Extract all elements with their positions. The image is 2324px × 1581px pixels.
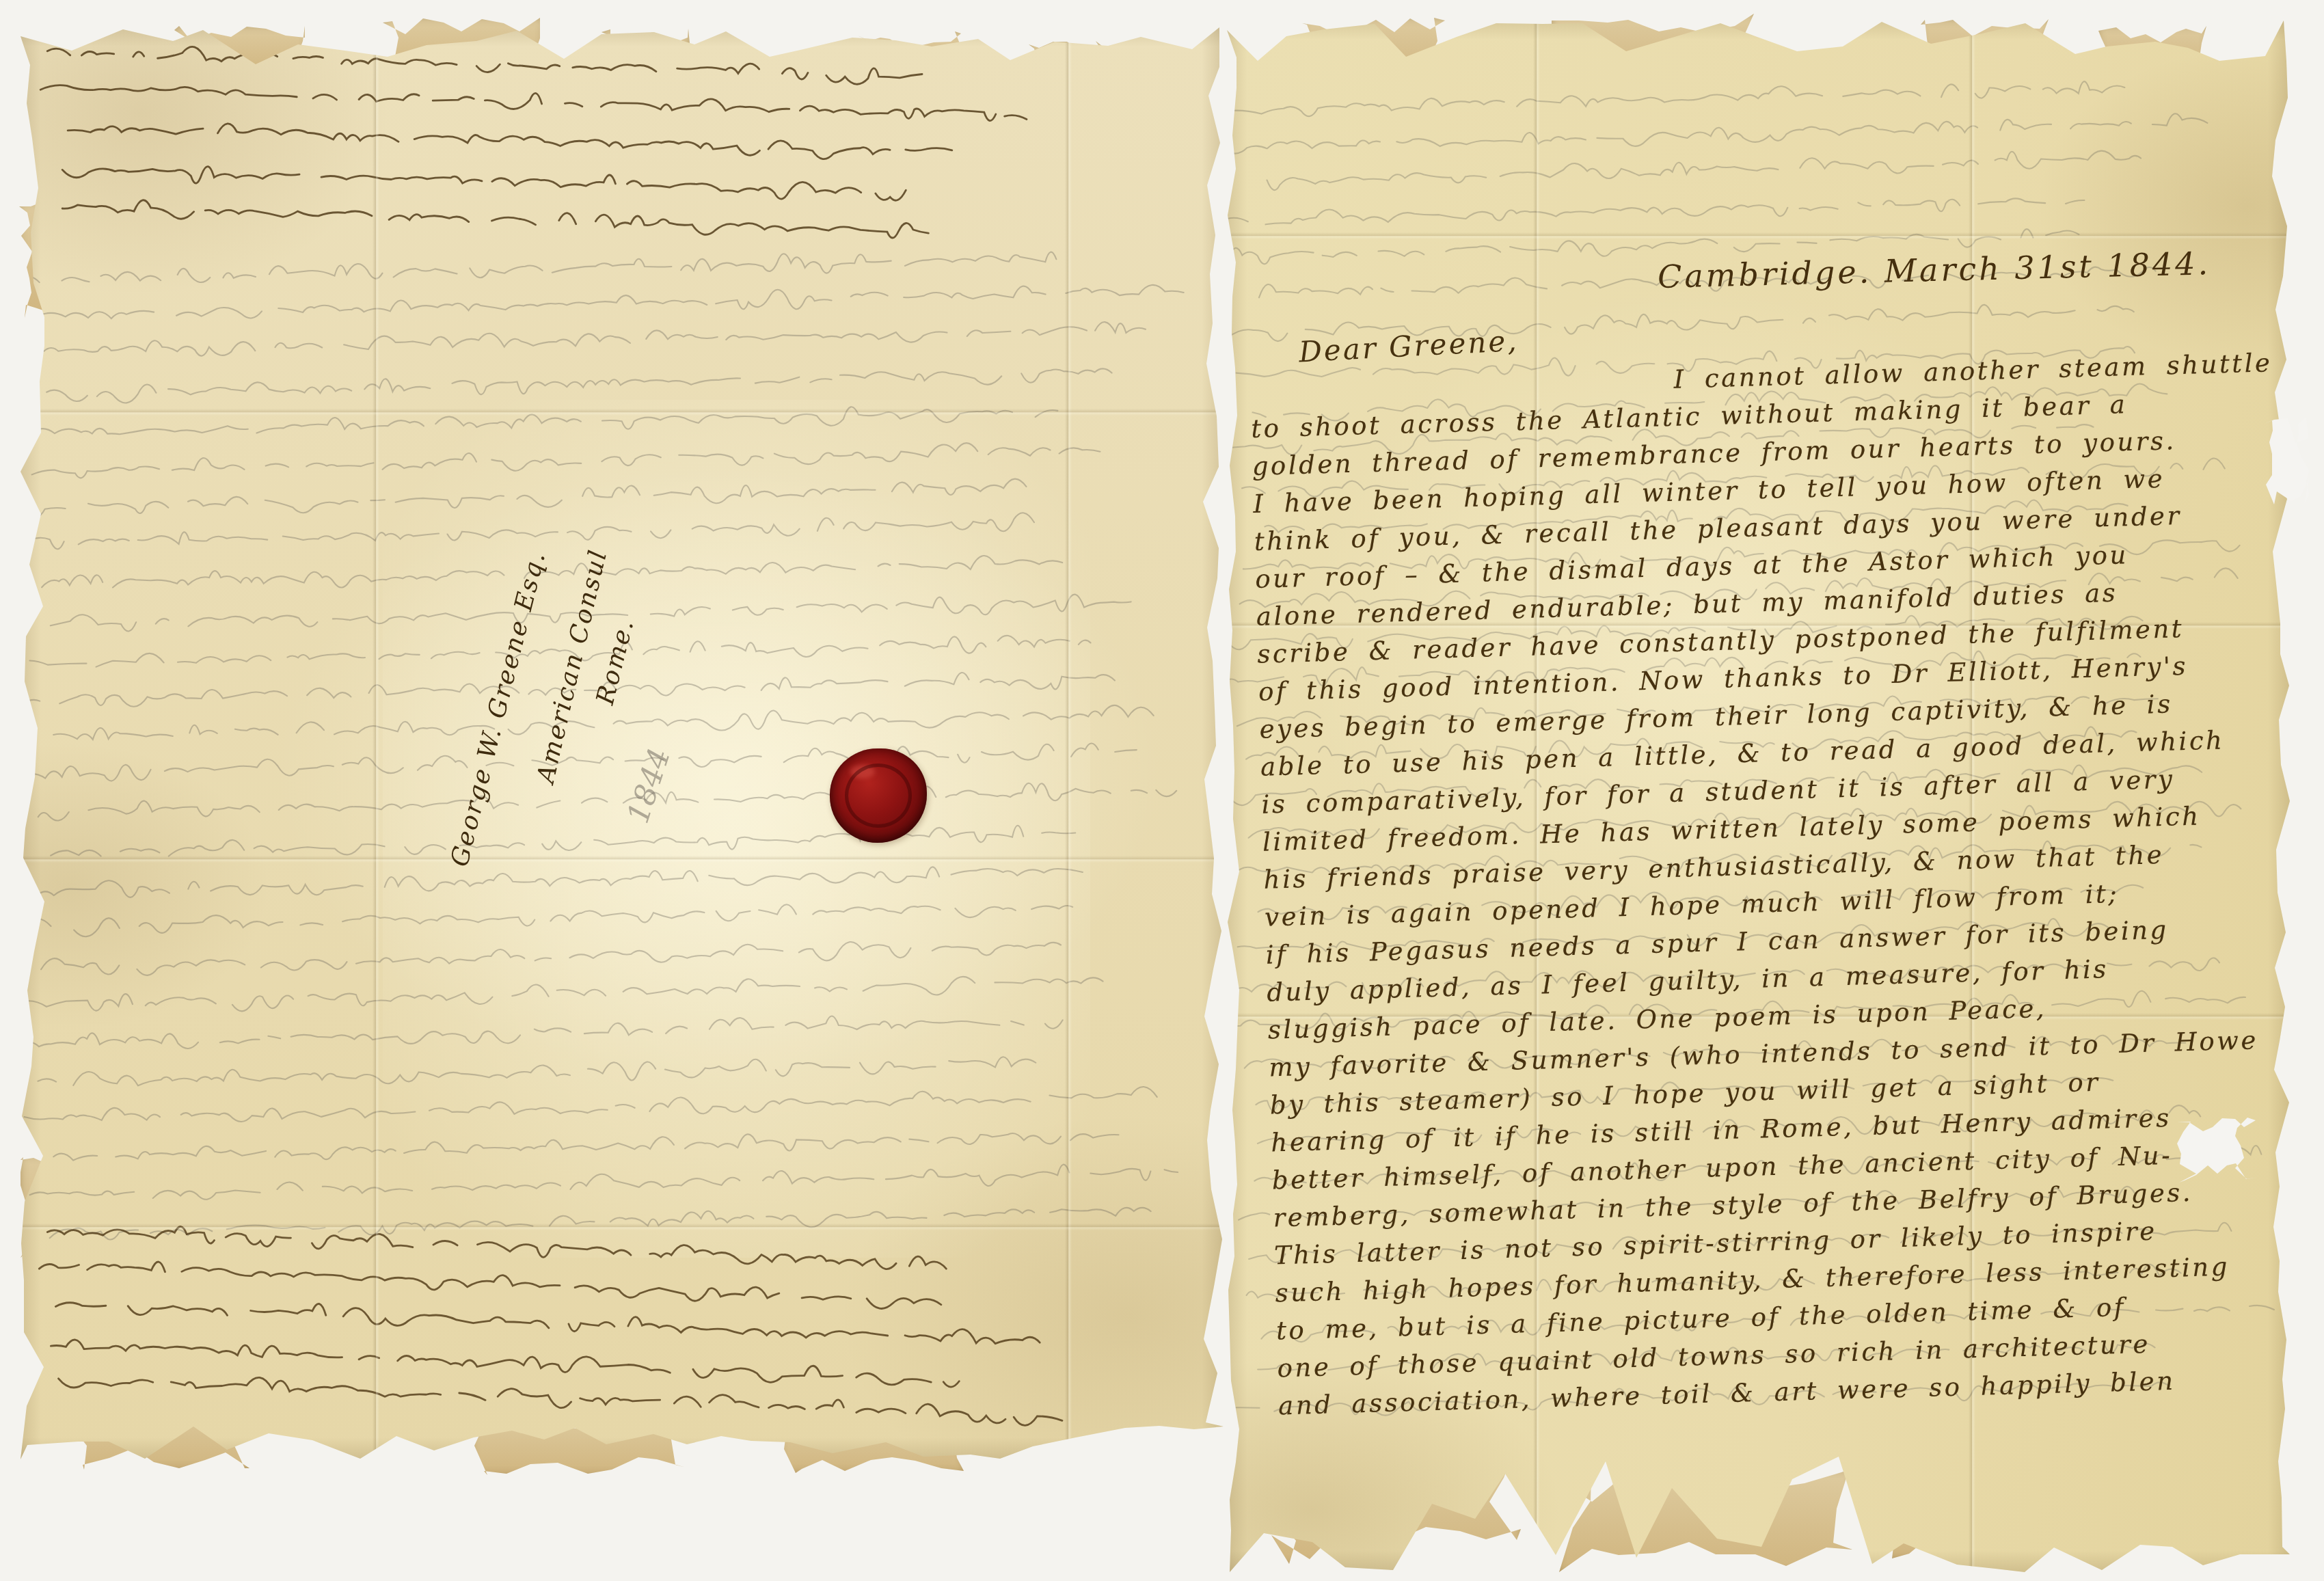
fold-crease bbox=[21, 1224, 1224, 1230]
right-page: Cambridge. March 31st 1844. Dear Greene,… bbox=[1227, 21, 2290, 1572]
fold-crease bbox=[373, 27, 379, 1459]
fold-crease bbox=[1065, 27, 1072, 1459]
left-page: George W. Greene Esq. American Consul Ro… bbox=[21, 27, 1224, 1459]
letter-scan: George W. Greene Esq. American Consul Ro… bbox=[0, 0, 2324, 1581]
letter-body: I cannot allow another steam shuttleto s… bbox=[1249, 343, 2321, 1424]
fold-crease bbox=[1227, 232, 2290, 239]
fold-crease bbox=[21, 409, 1224, 416]
wax-seal bbox=[830, 748, 927, 843]
fold-crease bbox=[21, 856, 1224, 863]
